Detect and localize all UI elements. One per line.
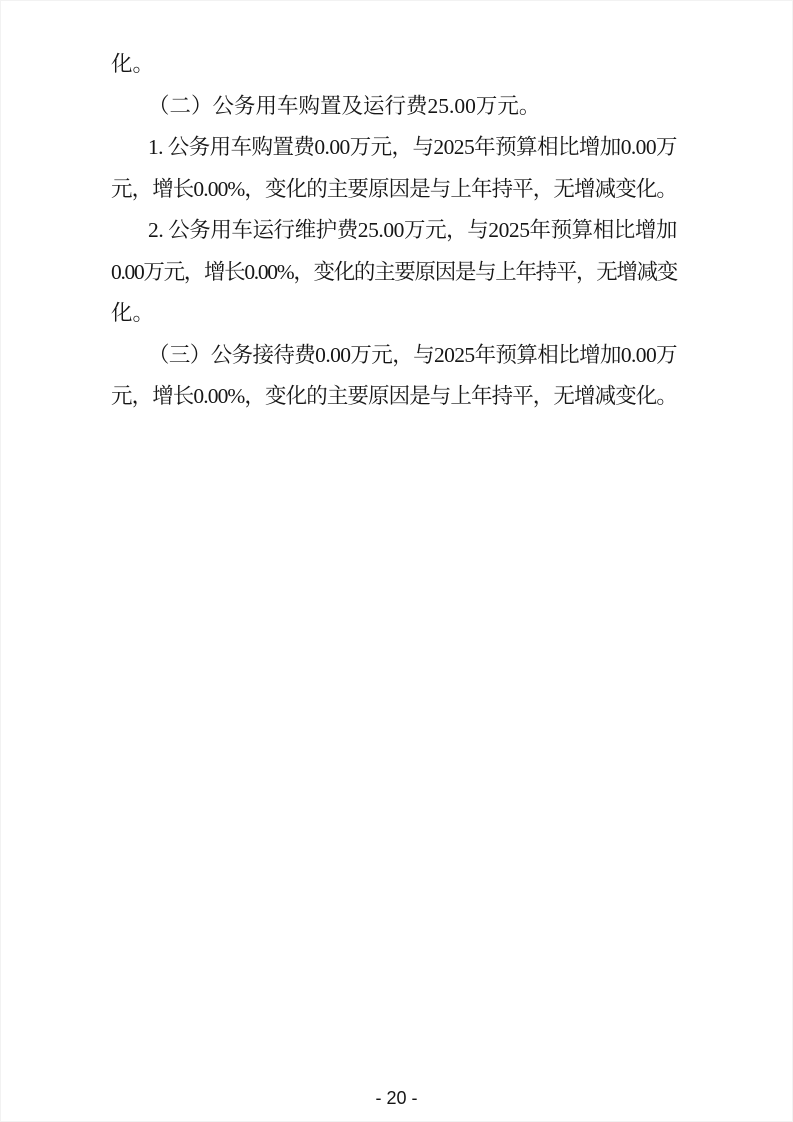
- body-line-text: 化。: [111, 52, 154, 76]
- page-number: - 20 -: [0, 1088, 793, 1108]
- body-line-9: 元，增长0.00%，变化的主要原因是与上年持平，无增减变化。: [111, 376, 677, 418]
- body-line-7: 化。: [111, 293, 677, 335]
- body-line-text: （二）公务用车购置及运行费25.00万元。: [148, 94, 540, 118]
- body-line-text: 1. 公务用车购置费0.00万元，与2025年预算相比增加0.00万: [148, 135, 677, 159]
- body-line-text: 2. 公务用车运行维护费25.00万元，与2025年预算相比增加: [148, 218, 677, 242]
- document-body: 化。（二）公务用车购置及运行费25.00万元。1. 公务用车购置费0.00万元，…: [111, 44, 677, 418]
- body-line-3: 1. 公务用车购置费0.00万元，与2025年预算相比增加0.00万: [111, 127, 677, 169]
- body-line-text: 元，增长0.00%，变化的主要原因是与上年持平，无增减变化。: [111, 384, 677, 408]
- body-line-2: （二）公务用车购置及运行费25.00万元。: [111, 86, 677, 128]
- body-line-4: 元，增长0.00%，变化的主要原因是与上年持平，无增减变化。: [111, 169, 677, 211]
- body-line-text: （三）公务接待费0.00万元，与2025年预算相比增加0.00万: [148, 343, 677, 367]
- body-line-text: 0.00万元，增长0.00%，变化的主要原因是与上年持平，无增减变: [111, 260, 677, 284]
- body-line-1: 化。: [111, 44, 677, 86]
- body-line-8: （三）公务接待费0.00万元，与2025年预算相比增加0.00万: [111, 335, 677, 377]
- body-line-text: 化。: [111, 301, 154, 325]
- document-page: 化。（二）公务用车购置及运行费25.00万元。1. 公务用车购置费0.00万元，…: [0, 0, 793, 1122]
- body-line-6: 0.00万元，增长0.00%，变化的主要原因是与上年持平，无增减变: [111, 252, 677, 294]
- body-line-text: 元，增长0.00%，变化的主要原因是与上年持平，无增减变化。: [111, 177, 677, 201]
- body-line-5: 2. 公务用车运行维护费25.00万元，与2025年预算相比增加: [111, 210, 677, 252]
